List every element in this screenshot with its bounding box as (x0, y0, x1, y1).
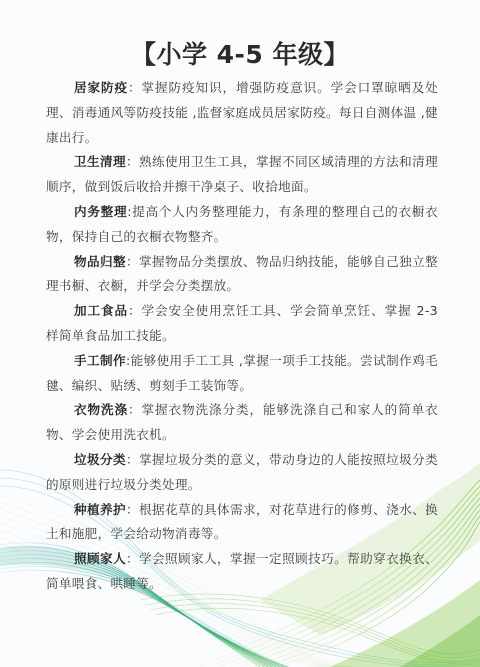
section-label: 垃圾分类 (74, 452, 126, 467)
section-separator: ： (126, 254, 139, 269)
section-item-organizing: 物品归整：掌握物品分类摆放、物品归纳技能，能够自己独立整理书橱、衣橱，并学会分类… (46, 250, 438, 300)
section-label: 手工制作 (74, 353, 126, 368)
section-family-care: 照顾家人：学会照顾家人，掌握一定照顾技巧。帮助穿衣换衣、简单喂食、哄睡等。 (46, 547, 438, 597)
section-garbage-sorting: 垃圾分类：掌握垃圾分类的意义，带动身边的人能按照垃圾分类的原则进行垃圾分类处理。 (46, 448, 438, 498)
section-separator: ： (128, 402, 142, 417)
section-home-epidemic-prevention: 居家防疫：掌握防疫知识，增强防疫意识。学会口罩晾晒及处理、消毒通风等防疫技能 ,… (46, 76, 438, 150)
section-handicraft: 手工制作:能够使用手工工具 ,掌握一项手工技能。尝试制作鸡毛毽、编织、贴绣、剪刻… (46, 349, 438, 399)
section-separator: ： (128, 80, 142, 95)
section-hygiene-cleaning: 卫生清理：熟练使用卫生工具，掌握不同区域清理的方法和清理顺序，做到饭后收拾并擦干… (46, 150, 438, 200)
section-separator: ： (128, 303, 142, 318)
document-body: 居家防疫：掌握防疫知识，增强防疫意识。学会口罩晾晒及处理、消毒通风等防疫技能 ,… (46, 76, 438, 597)
section-label: 衣物洗涤 (74, 402, 128, 417)
section-separator: ： (126, 154, 139, 169)
page-title: 【小学 4-5 年级】 (0, 35, 480, 75)
section-planting-care: 种植养护：根据花草的具体需求，对花草进行的修剪、浇水、换土和施肥，学会给动物消毒… (46, 498, 438, 548)
section-label: 加工食品 (74, 303, 128, 318)
section-housekeeping: 内务整理:提高个人内务整理能力，有条理的整理自己的衣橱衣物，保持自己的衣橱衣物整… (46, 200, 438, 250)
section-label: 卫生清理 (74, 154, 126, 169)
section-separator: ： (126, 551, 139, 566)
section-label: 居家防疫 (74, 80, 128, 95)
section-separator: ： (126, 502, 139, 517)
section-label: 种植养护 (74, 502, 126, 517)
section-food-processing: 加工食品：学会安全使用烹饪工具、学会简单烹饪、掌握 2-3 样简单食品加工技能。 (46, 299, 438, 349)
section-laundry: 衣物洗涤：掌握衣物洗涤分类，能够洗涤自己和家人的简单衣物、学会使用洗衣机。 (46, 398, 438, 448)
section-separator: ： (126, 452, 139, 467)
section-label: 照顾家人 (74, 551, 126, 566)
section-label: 物品归整 (74, 254, 126, 269)
section-label: 内务整理 (74, 204, 127, 219)
